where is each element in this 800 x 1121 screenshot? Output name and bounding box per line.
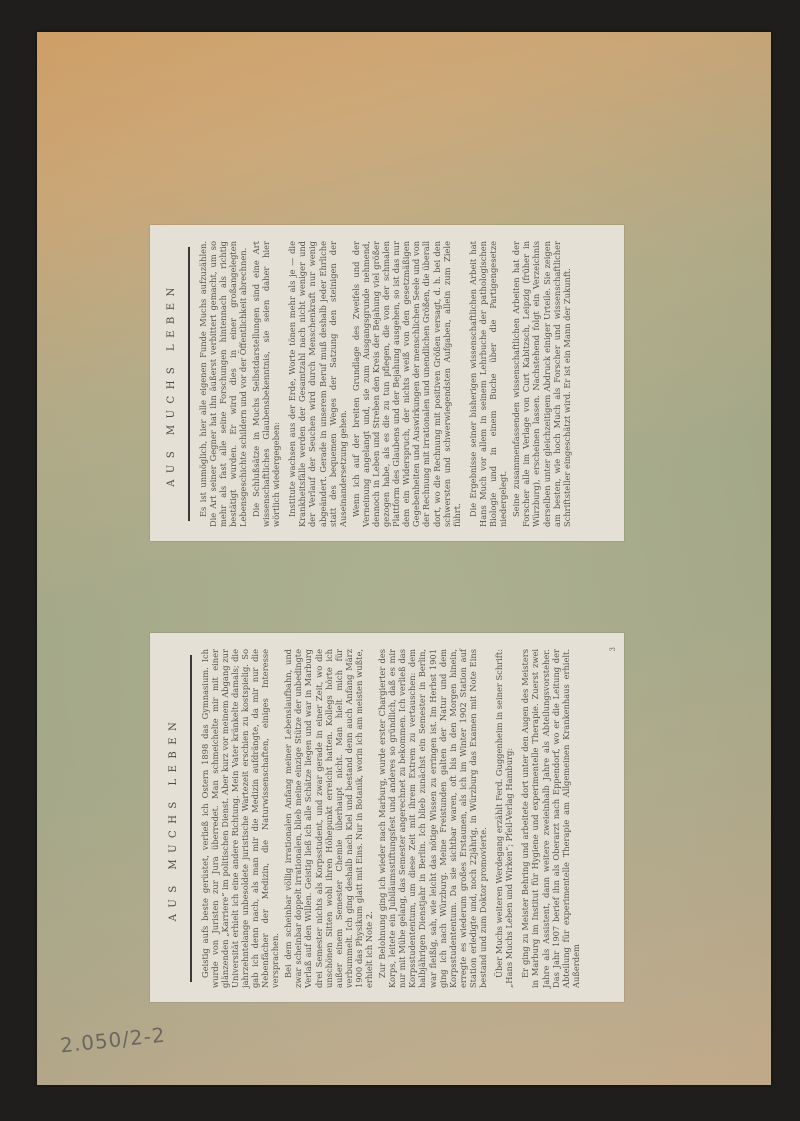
clipping-paragraph: Er ging zu Meister Behring und arbeitete… bbox=[520, 649, 581, 988]
clipping-paragraph: Geistig aufs beste gerüstet, verließ ich… bbox=[200, 649, 281, 988]
clipping-heading: AUS MUCHS LEBEN bbox=[166, 241, 178, 527]
clipping-paragraph: Die Ergebnisse seiner bisherigen wissens… bbox=[468, 241, 508, 527]
clipping-paragraph: Zur Belohnung ging ich wieder nach Marbu… bbox=[377, 649, 488, 988]
clipping-heading: AUS MUCHS LEBEN bbox=[168, 649, 180, 988]
heading-rule bbox=[190, 655, 192, 982]
clipping-paragraph: Über Muchs weiteren Werdegang erzählt Fe… bbox=[494, 649, 514, 988]
clipping-paragraph: Es ist unmöglich, hier alle eigenen Fund… bbox=[198, 241, 248, 527]
clipping-paragraph: Institute wachsen aus der Erde, Worte tö… bbox=[287, 241, 348, 527]
clipping-paragraph: Wenn ich auf der breiten Grundlage des Z… bbox=[351, 241, 462, 527]
clipping-top-content: AUS MUCHS LEBEN Es ist unmöglich, hier a… bbox=[150, 225, 624, 541]
clipping-bottom: AUS MUCHS LEBEN Geistig aufs beste gerüs… bbox=[150, 633, 624, 1002]
clipping-paragraph: Seine zusammenfassenden wissenschaftlich… bbox=[511, 241, 572, 527]
clipping-paragraph: Die Schlußsätze in Muchs Selbstdarstellu… bbox=[251, 241, 281, 527]
heading-rule bbox=[188, 247, 190, 521]
page-number: 3 bbox=[608, 647, 618, 651]
clipping-top: AUS MUCHS LEBEN Es ist unmöglich, hier a… bbox=[150, 225, 624, 541]
clipping-paragraph: Bei dem scheinbar völlig irrationalen An… bbox=[283, 649, 374, 988]
clipping-bottom-content: AUS MUCHS LEBEN Geistig aufs beste gerüs… bbox=[150, 633, 624, 1002]
